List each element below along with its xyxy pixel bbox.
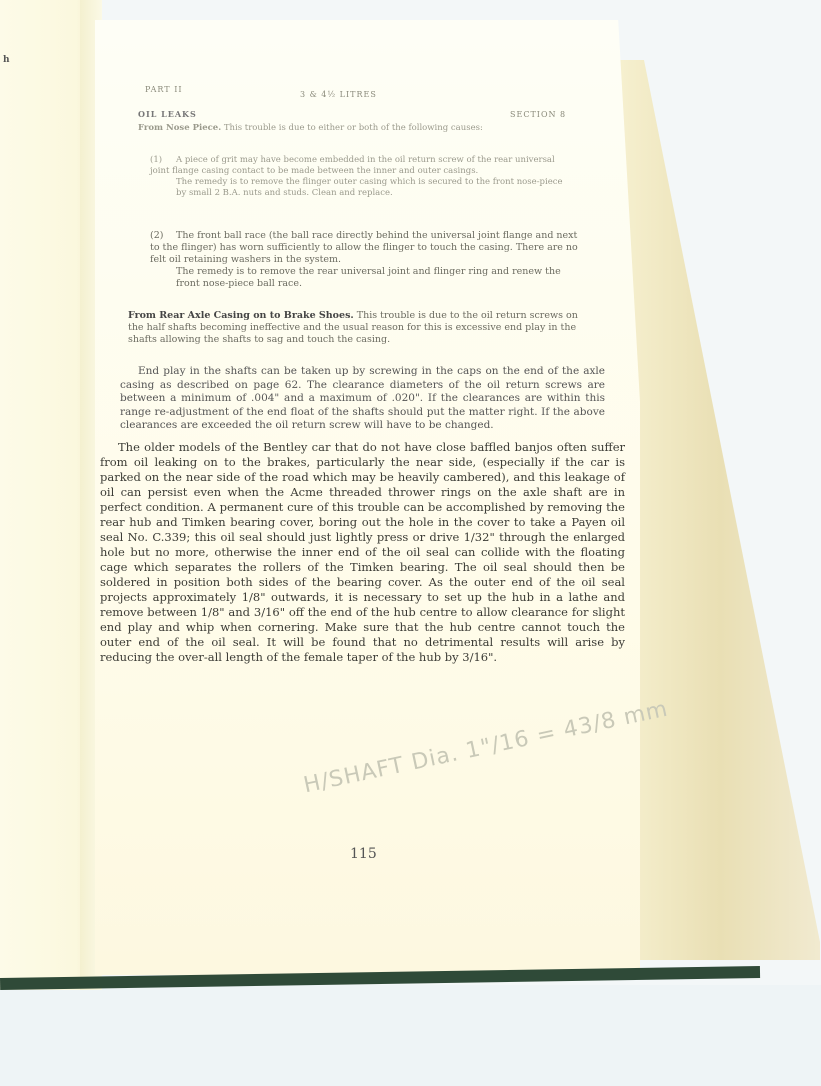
header-part: PART II bbox=[145, 85, 183, 94]
nose-item-2: (2)The front ball race (the ball race di… bbox=[150, 230, 580, 290]
table-surface bbox=[0, 985, 821, 1086]
page-edges bbox=[620, 60, 820, 960]
item-text: A piece of grit may have become embedded… bbox=[150, 155, 555, 176]
nose-piece-intro-text: This trouble is due to either or both of… bbox=[224, 123, 483, 133]
page-content: PART II 3 & 4½ LITRES SECTION 8 OIL LEAK… bbox=[100, 85, 630, 101]
section-heading: OIL LEAKS bbox=[138, 109, 197, 119]
paragraph-end-play: End play in the shafts can be taken up b… bbox=[120, 365, 605, 433]
nose-piece-intro: From Nose Piece. This trouble is due to … bbox=[138, 123, 538, 134]
header-section: SECTION 8 bbox=[510, 110, 566, 119]
rear-axle-subheading: From Rear Axle Casing on to Brake Shoes. bbox=[128, 310, 354, 321]
item-remedy: The remedy is to remove the flinger oute… bbox=[176, 177, 570, 199]
item-text: The front ball race (the ball race direc… bbox=[150, 230, 578, 265]
item-remedy: The remedy is to remove the rear univers… bbox=[176, 266, 580, 290]
left-margin-mark: h bbox=[3, 55, 10, 65]
item-number: (1) bbox=[150, 155, 176, 166]
page-number: 115 bbox=[350, 846, 377, 862]
header-title: 3 & 4½ LITRES bbox=[300, 90, 377, 99]
item-number: (2) bbox=[150, 230, 176, 242]
rear-axle-intro: From Rear Axle Casing on to Brake Shoes.… bbox=[128, 310, 588, 346]
running-header: PART II 3 & 4½ LITRES SECTION 8 bbox=[100, 85, 630, 101]
nose-item-1: (1)A piece of grit may have become embed… bbox=[150, 155, 570, 199]
nose-piece-subheading: From Nose Piece. bbox=[138, 123, 221, 133]
paragraph-older-models: The older models of the Bentley car that… bbox=[100, 440, 625, 665]
